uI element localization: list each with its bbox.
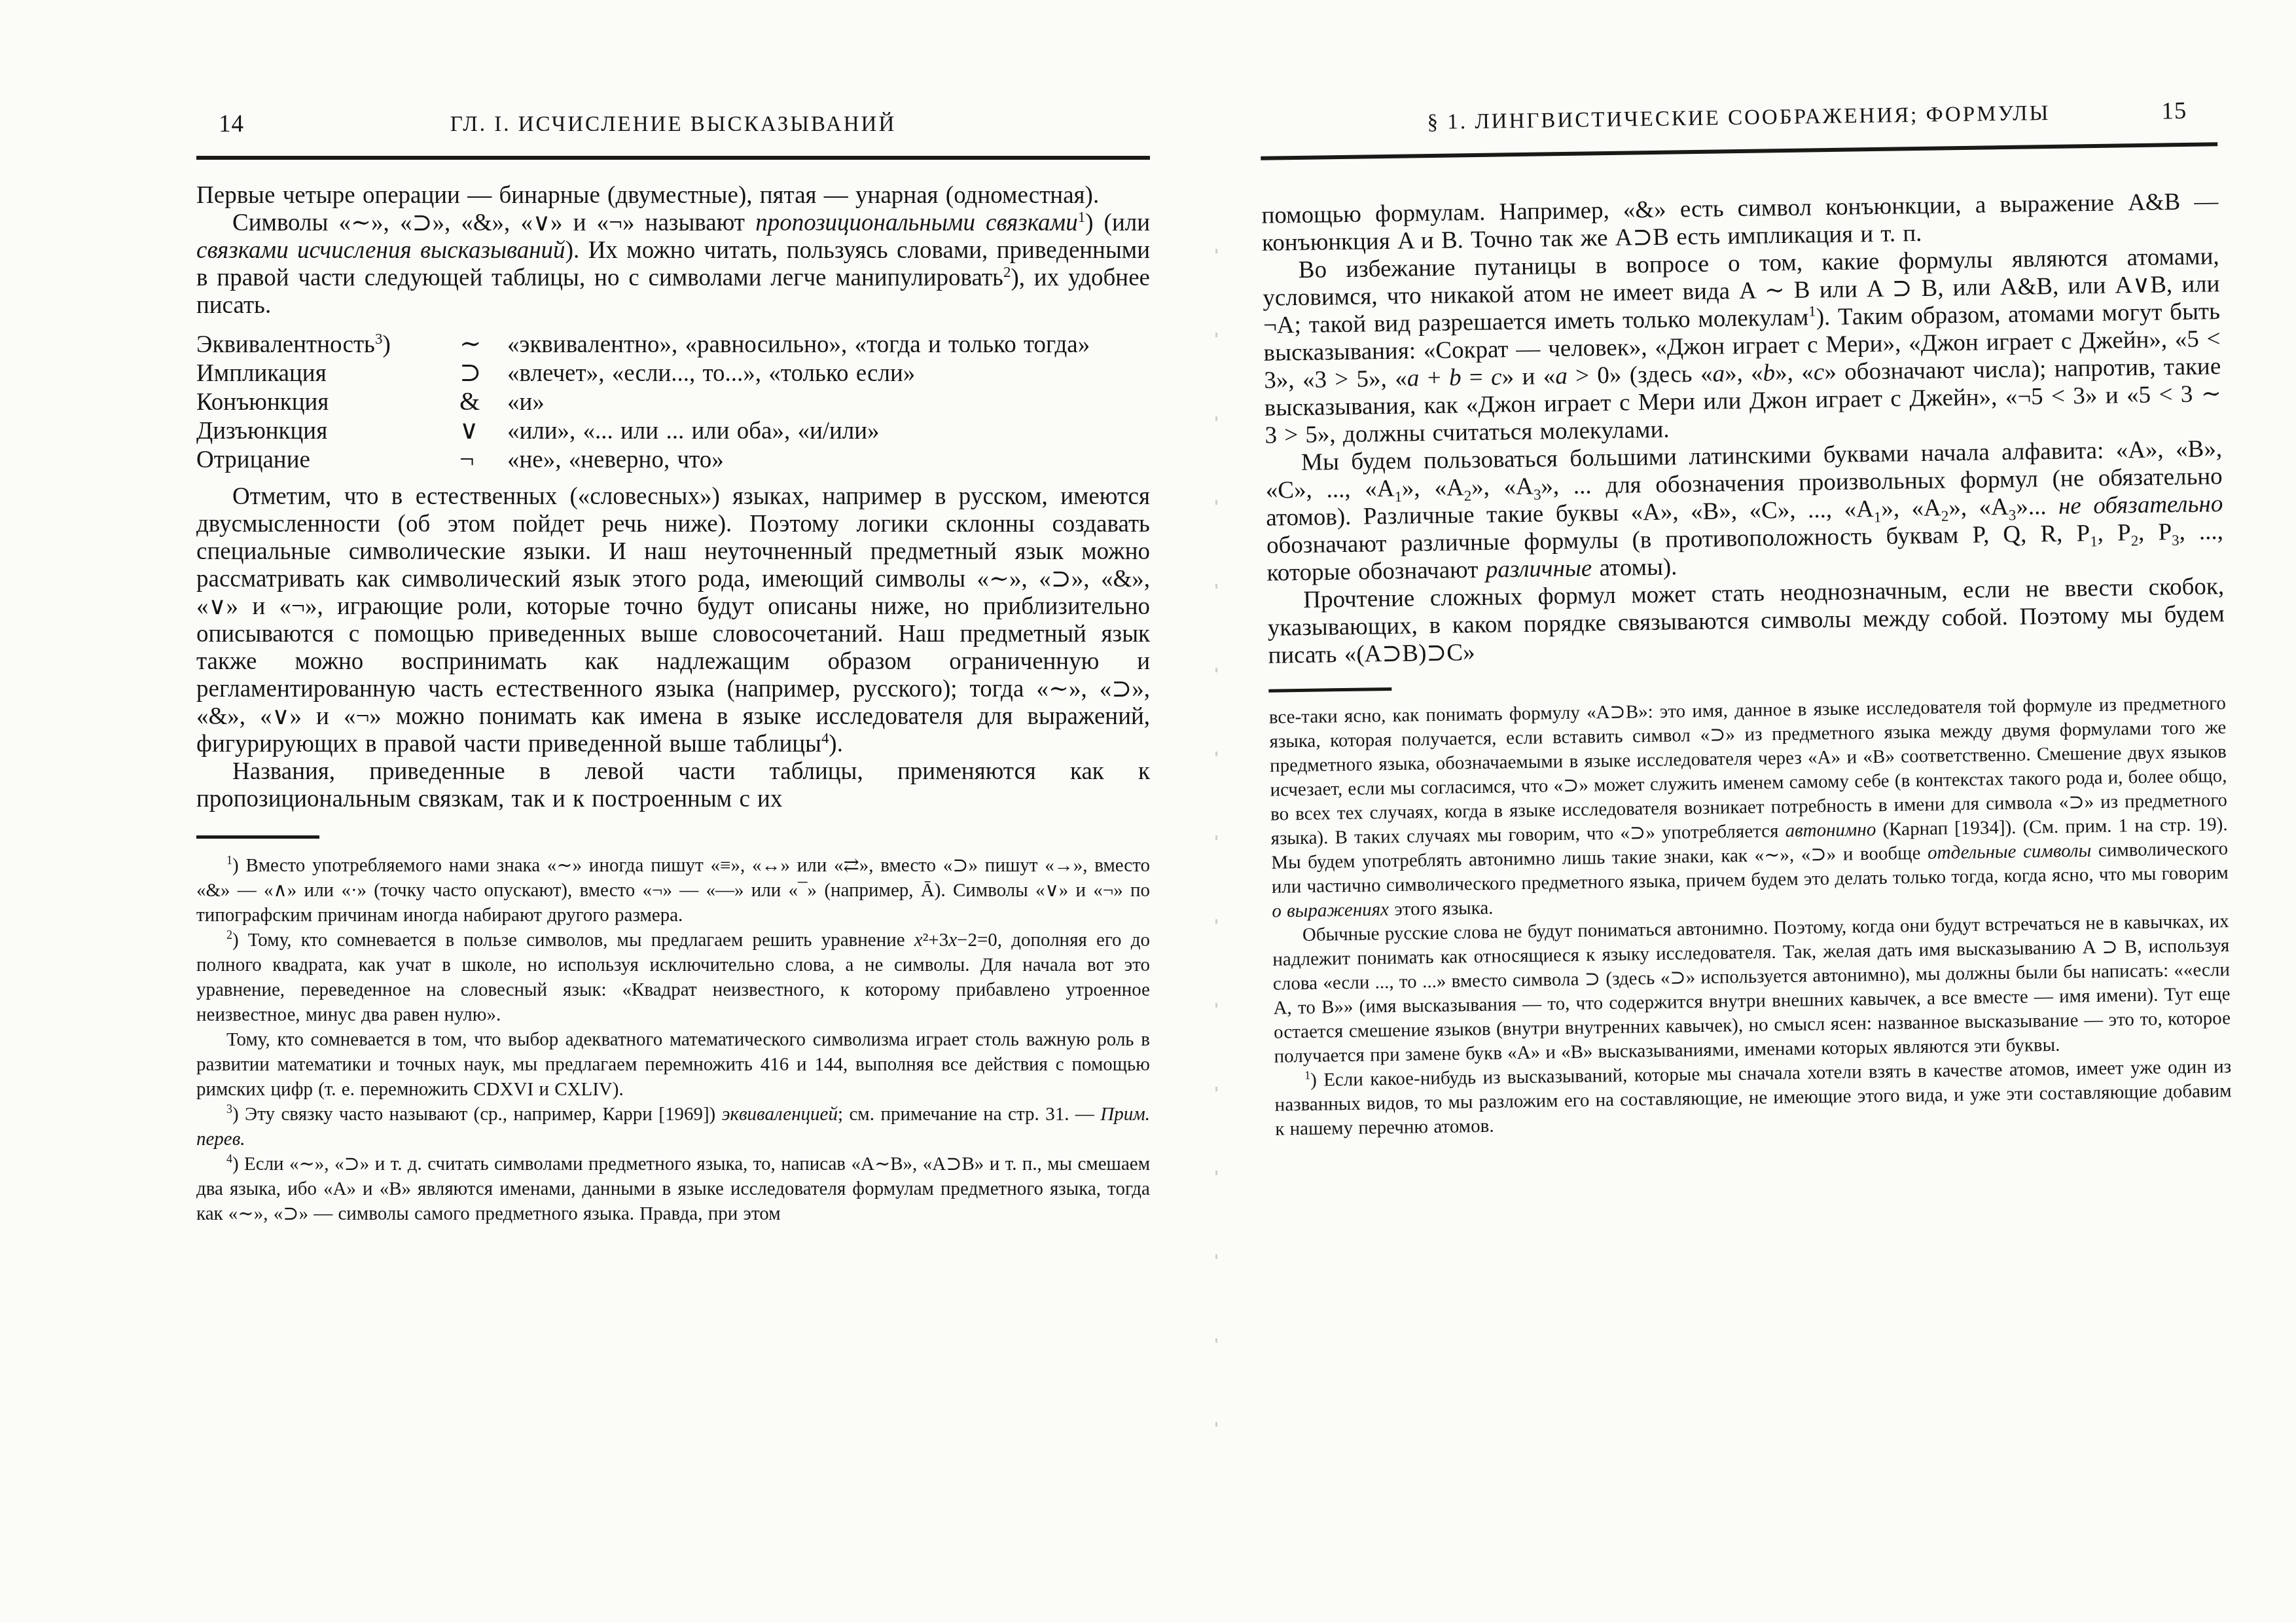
paragraph: Отметим, что в естественных («словесных»… — [196, 483, 1150, 758]
paragraph: Во избежание путаницы в вопросе о том, к… — [1263, 243, 2222, 450]
footnote-continuation: все-таки ясно, как понимать формулу «A⊃B… — [1269, 691, 2229, 924]
connective-name: Эквивалентность3) — [196, 331, 459, 359]
paragraph: Первые четыре операции — бинарные (двуме… — [196, 182, 1150, 210]
connective-symbol: ⊃ — [459, 359, 507, 386]
footnote: 3) Эту связку часто называют (ср., напри… — [196, 1102, 1150, 1152]
right-body: помощью формулам. Например, «&» есть сим… — [1261, 188, 2225, 670]
footnote: Тому, кто сомневается в том, что выбор а… — [196, 1027, 1150, 1102]
paragraph: Мы будем пользоваться большими латинским… — [1265, 435, 2224, 587]
footnote: 4) Если «∼», «⊃» и т. д. считать символа… — [196, 1152, 1150, 1226]
right-footnotes: все-таки ясно, как понимать формулу «A⊃B… — [1269, 691, 2233, 1142]
connective-table: Эквивалентность3) ∼ «эквивалентно», «рав… — [196, 330, 1150, 474]
left-page: 14 ГЛ. I. ИСЧИСЛЕНИЕ ВЫСКАЗЫВАНИЙ Первые… — [196, 105, 1150, 1226]
paragraph: Прочтение сложных формул может стать нео… — [1267, 573, 2225, 670]
connective-symbol: ∼ — [459, 330, 507, 357]
left-footnotes: 1) Вместо употребляемого нами знака «∼» … — [196, 853, 1150, 1226]
connective-meaning: «эквивалентно», «равносильно», «тогда и … — [507, 331, 1150, 359]
right-page: § 1. ЛИНГВИСТИЧЕСКИЕ СООБРАЖЕНИЯ; ФОРМУЛ… — [1260, 91, 2232, 1142]
connective-symbol: ∨ — [459, 416, 507, 444]
connective-symbol: & — [459, 388, 507, 415]
footnote: 1) Если какое-нибудь из высказываний, ко… — [1274, 1055, 2232, 1142]
table-row: Дизъюнкция ∨ «или», «... или ... или оба… — [196, 416, 1150, 445]
paragraph: Символы «∼», «⊃», «&», «∨» и «¬» называю… — [196, 210, 1150, 319]
left-footnote-rule — [196, 835, 319, 839]
table-row: Отрицание ¬ «не», «неверно, что» — [196, 445, 1150, 474]
left-header-rule — [196, 156, 1150, 160]
table-row: Импликация ⊃ «влечет», «если..., то...»,… — [196, 359, 1150, 388]
table-row: Конъюнкция & «и» — [196, 388, 1150, 416]
right-footnote-rule — [1268, 687, 1391, 693]
connective-name: Конъюнкция — [196, 389, 459, 416]
connective-symbol: ¬ — [459, 445, 507, 473]
connective-meaning: «или», «... или ... или оба», «и/или» — [507, 418, 1150, 445]
footnote-continuation: Обычные русские слова не будут пониматьс… — [1272, 909, 2231, 1069]
connective-meaning: «влечет», «если..., то...», «только если… — [507, 360, 1150, 388]
left-body: Первые четыре операции — бинарные (двуме… — [196, 182, 1150, 813]
connective-meaning: «и» — [507, 389, 1150, 416]
book-scan-spread: 14 ГЛ. I. ИСЧИСЛЕНИЕ ВЫСКАЗЫВАНИЙ Первые… — [0, 0, 2296, 1623]
footnote: 1) Вместо употребляемого нами знака «∼» … — [196, 853, 1150, 928]
left-running-head: 14 ГЛ. I. ИСЧИСЛЕНИЕ ВЫСКАЗЫВАНИЙ — [196, 105, 1150, 155]
connective-name: Дизъюнкция — [196, 418, 459, 445]
connective-name: Импликация — [196, 360, 459, 388]
left-running-head-title: ГЛ. I. ИСЧИСЛЕНИЕ ВЫСКАЗЫВАНИЙ — [196, 113, 1150, 137]
paragraph: Названия, приведенные в левой части табл… — [196, 758, 1150, 813]
right-running-head-title: § 1. ЛИНГВИСТИЧЕСКИЕ СООБРАЖЕНИЯ; ФОРМУЛ… — [1260, 99, 2217, 137]
connective-meaning: «не», «неверно, что» — [507, 447, 1150, 474]
connective-name: Отрицание — [196, 447, 459, 474]
table-row: Эквивалентность3) ∼ «эквивалентно», «рав… — [196, 330, 1150, 359]
right-page-number: 15 — [2161, 97, 2187, 126]
footnote: 2) Тому, кто сомневается в пользе символ… — [196, 928, 1150, 1027]
gutter-scan-noise — [1215, 249, 1217, 1467]
